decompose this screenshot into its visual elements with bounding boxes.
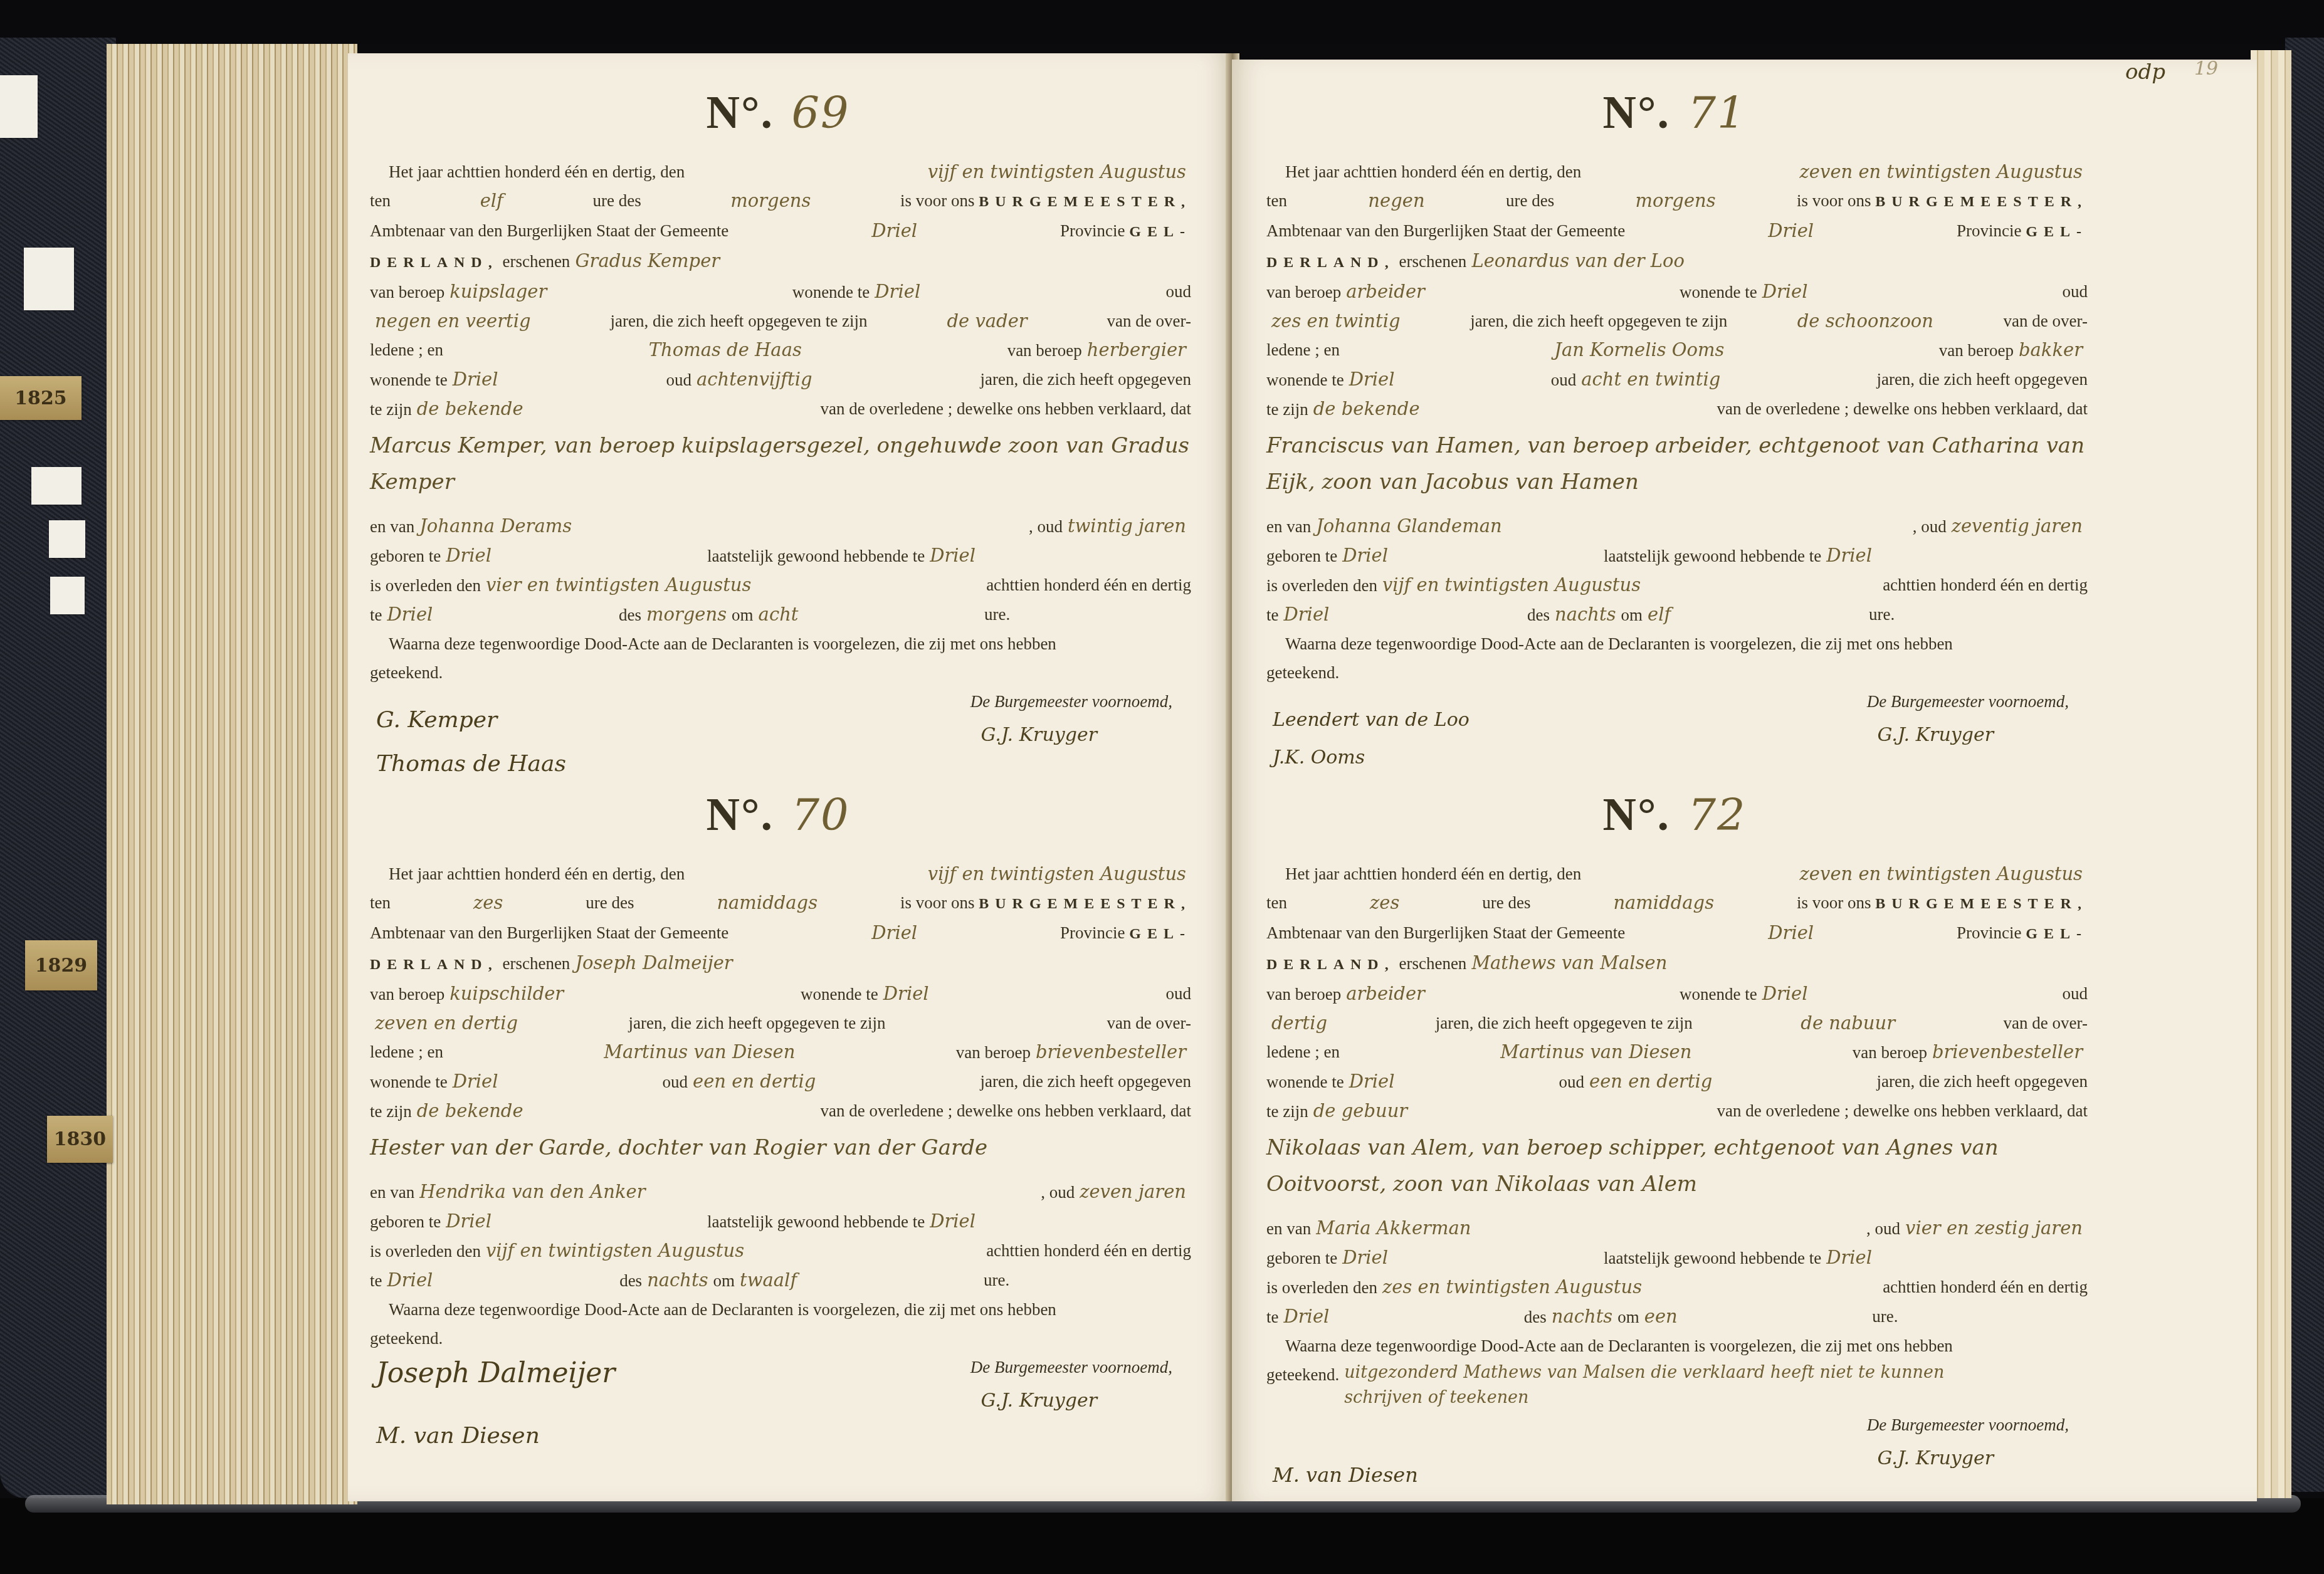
blank-tab[interactable] [49, 520, 85, 558]
declarant-2: Martinus van Diesen [1495, 1037, 1696, 1067]
death-record-71: N°. 71 Het jaar achttien honderd één en … [1266, 85, 2088, 812]
declarant-2: Jan Kornelis Ooms [1549, 335, 1729, 365]
mother-name: Johanna Glandeman [1311, 515, 1507, 537]
corner-annotation: odp [2125, 60, 2165, 85]
declarant-2: Thomas de Haas [644, 335, 807, 365]
witness-signature: M. van Diesen [376, 1422, 540, 1451]
page-stack-left [107, 44, 357, 1504]
mayor-signature: G.J. Kruyger [981, 1387, 1097, 1415]
blank-tab[interactable] [24, 248, 74, 310]
death-record-70: N°. 70 Het jaar achttien honderd één en … [370, 787, 1191, 1478]
mayor-signature: G.J. Kruyger [1877, 721, 1994, 750]
death-date: vijf en twintigsten Augustus [481, 1240, 749, 1261]
death-date: zes en twintigsten Augustus [1377, 1276, 1647, 1298]
declarant-1: Leonardus van der Loo [1466, 250, 1690, 271]
witness-signature: G. Kemper [376, 706, 497, 735]
mayor-label: De Burgemeester voornoemd, [970, 687, 1172, 716]
witness-signature: Leendert van de Loo [1273, 706, 1470, 735]
blank-tab[interactable] [50, 577, 85, 614]
death-date: vijf en twintigsten Augustus [1377, 574, 1646, 595]
record-number: N°. 70 [370, 787, 1191, 843]
mayor-label: De Burgemeester voornoemd, [1867, 687, 2069, 716]
blank-tab[interactable] [0, 75, 38, 138]
declarant-1: Gradus Kemper [570, 250, 725, 271]
witness-signature: J.K. Ooms [1273, 743, 1365, 772]
mayor-signature: G.J. Kruyger [981, 721, 1097, 750]
record-date: vijf en twintigsten Augustus [923, 859, 1191, 888]
year-tab-1830[interactable]: 1830 [47, 1116, 113, 1163]
death-record-72: N°. 72 Het jaar achttien honderd één en … [1266, 787, 2088, 1536]
folio-number: 19 [2194, 58, 2218, 80]
death-record-69: N°. 69 Het jaar achttien honderd één en … [370, 85, 1191, 812]
mayor-signature: G.J. Kruyger [1877, 1444, 1994, 1473]
deceased-description: Nikolaas van Alem, van beroep schipper, … [1266, 1126, 2088, 1214]
declarant-2: Martinus van Diesen [599, 1037, 800, 1067]
declarant-1: Joseph Dalmeijer [570, 952, 737, 973]
record-date: zeven en twintigsten Augustus [1795, 157, 2088, 186]
record-number: N°. 72 [1266, 787, 2088, 843]
mayor-label: De Burgemeester voornoemd, [1867, 1410, 2069, 1439]
year-tab-1829[interactable]: 1829 [25, 940, 97, 990]
year-tab-1825[interactable]: 1825 [0, 376, 81, 420]
record-date: zeven en twintigsten Augustus [1795, 859, 2088, 888]
deceased-description: Hester van der Garde, dochter van Rogier… [370, 1126, 1191, 1177]
witness-signature: Joseph Dalmeijer [376, 1359, 615, 1388]
witness-signature: Thomas de Haas [376, 750, 566, 779]
record-number: N°. 69 [370, 85, 1191, 141]
mayor-label: De Burgemeester voornoemd, [970, 1353, 1172, 1382]
record-date: vijf en twintigsten Augustus [923, 157, 1191, 186]
witness-signature: M. van Diesen [1273, 1461, 1418, 1489]
mother-name: Hendrika van den Anker [414, 1181, 650, 1202]
deceased-description: Marcus Kemper, van beroep kuipslagersgez… [370, 424, 1191, 512]
death-date: vier en twintigsten Augustus [481, 574, 756, 595]
book-cover-top [0, 0, 2324, 44]
record-number: N°. 71 [1266, 85, 2088, 141]
mother-name: Johanna Derams [414, 515, 577, 537]
deceased-description: Franciscus van Hamen, van beroep arbeide… [1266, 424, 2088, 512]
mother-name: Maria Akkerman [1311, 1217, 1476, 1239]
blank-tab[interactable] [31, 467, 81, 505]
signing-note: uitgezonderd Mathews van Malsen die verk… [1339, 1360, 2007, 1410]
declarant-1: Mathews van Malsen [1466, 952, 1672, 973]
